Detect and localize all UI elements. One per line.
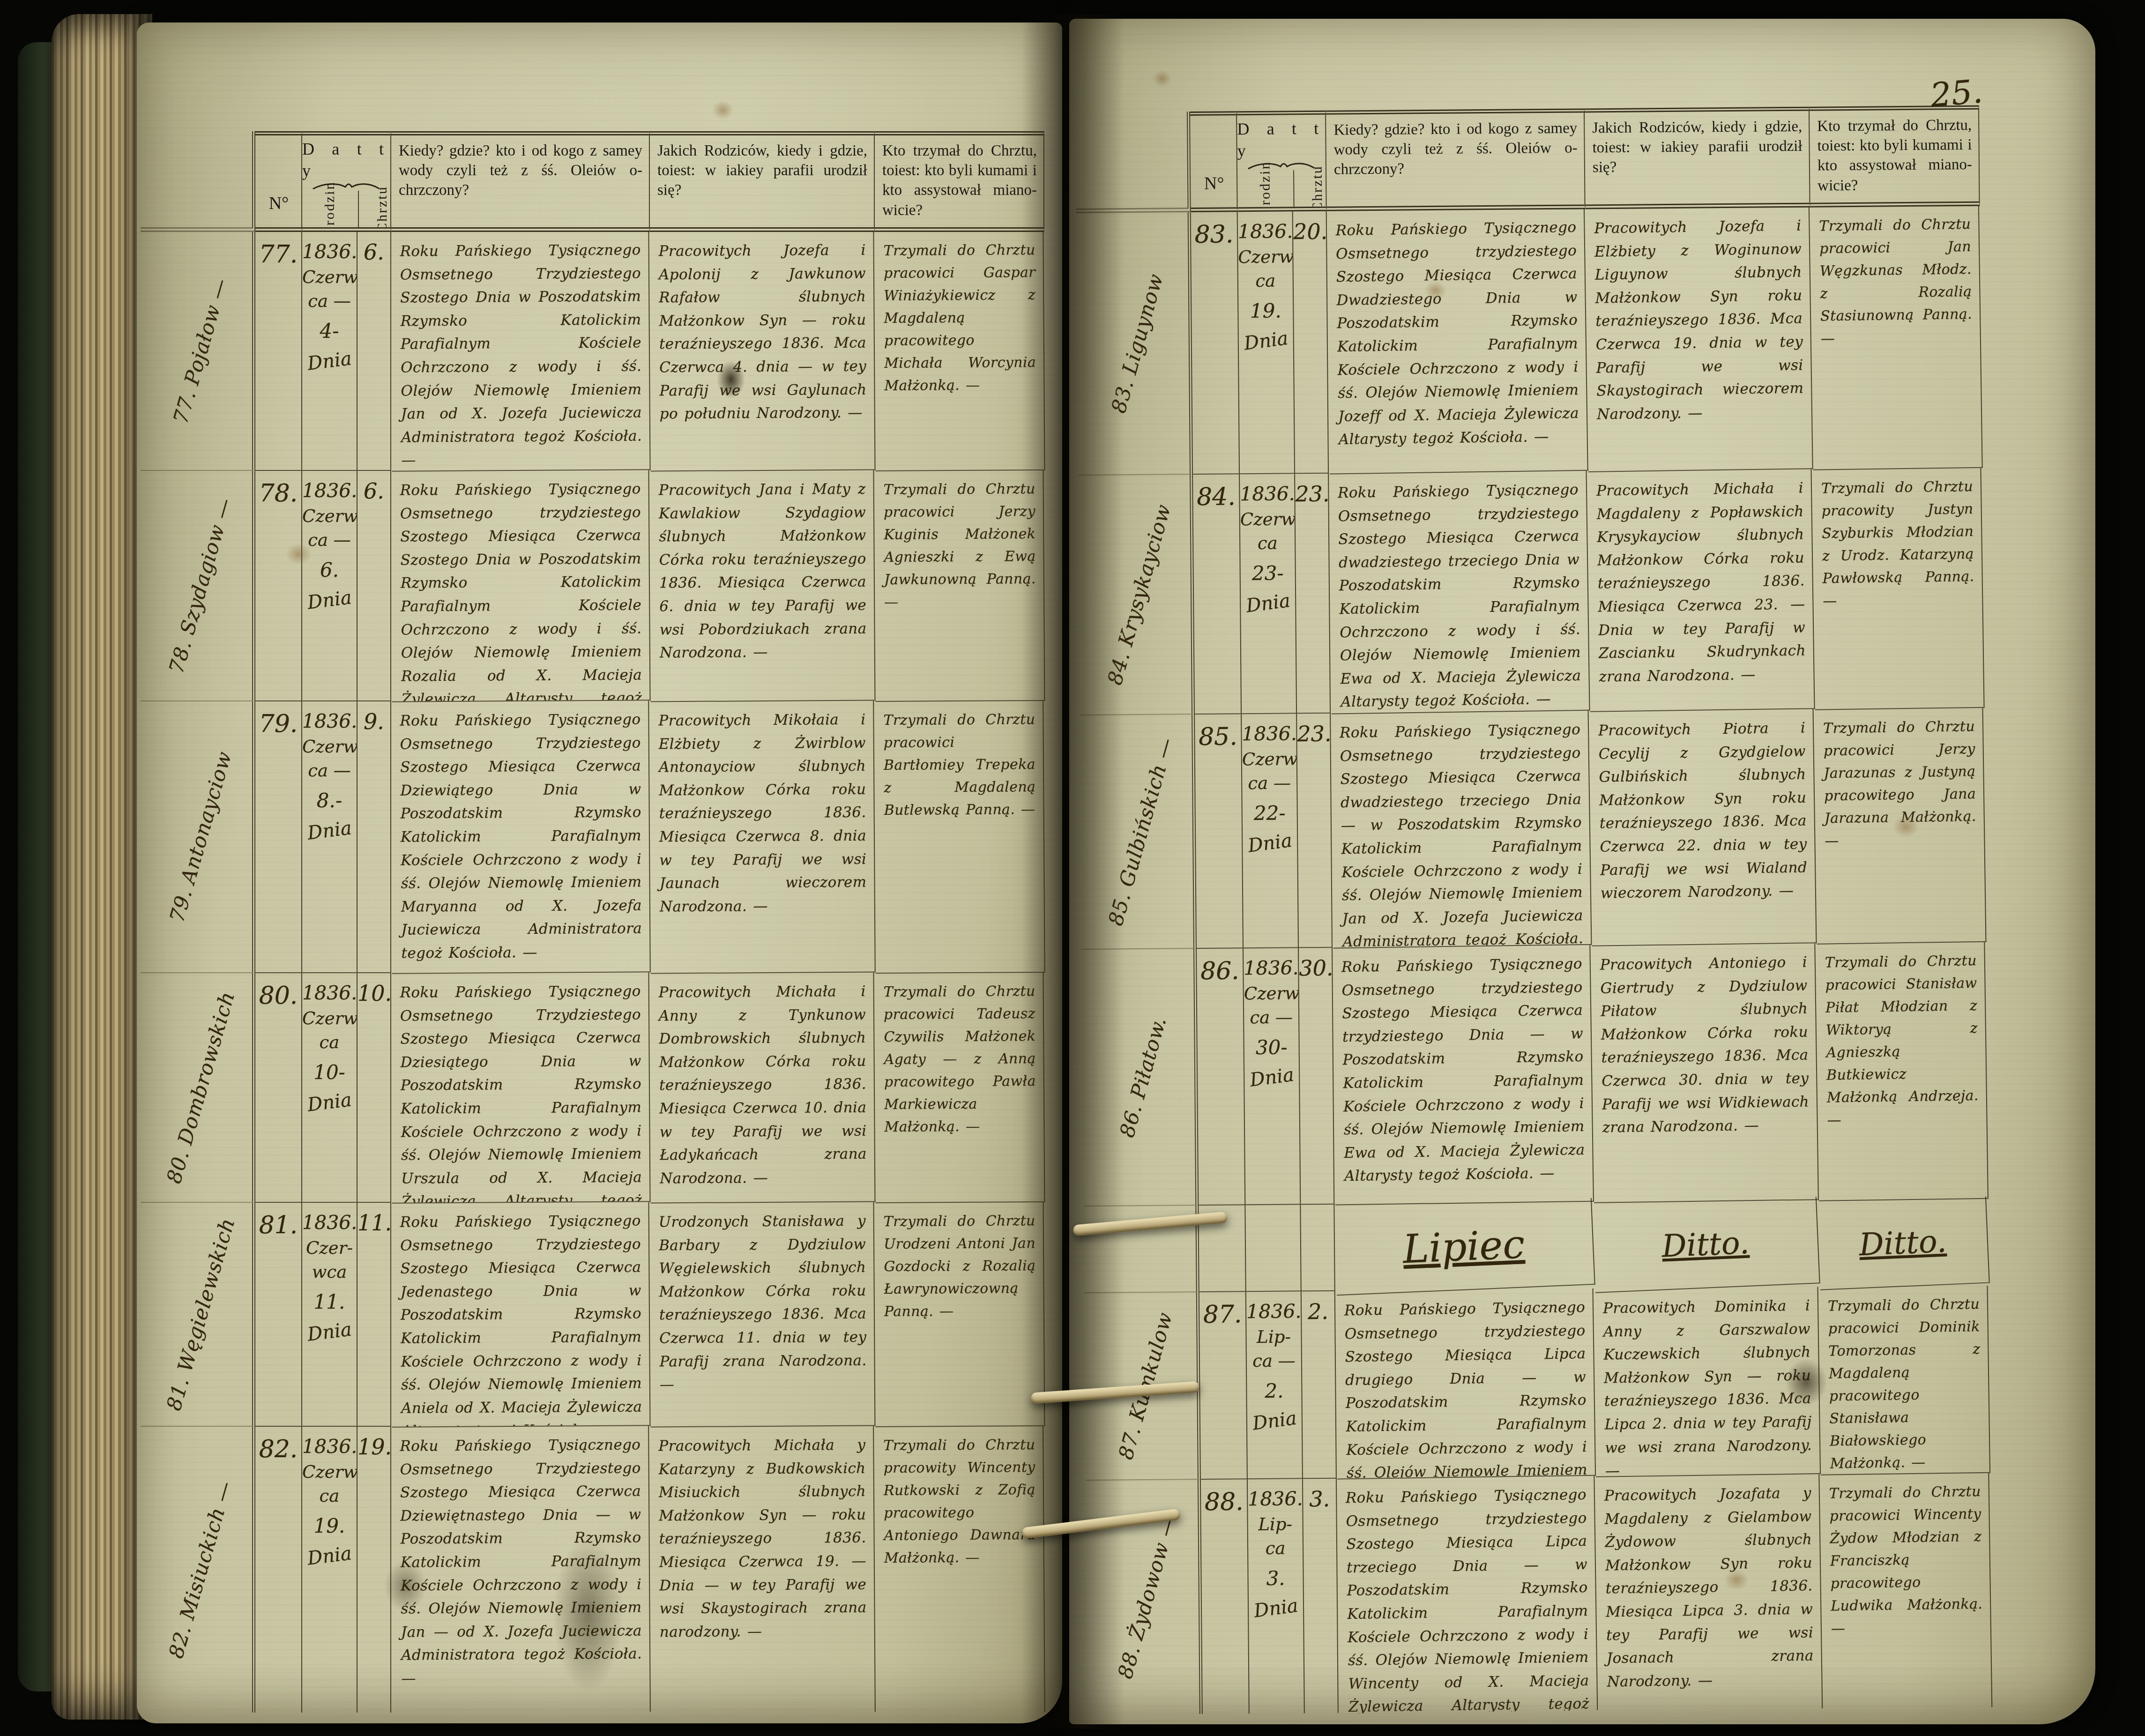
baptism-entry-text: Roku Pańskiego Tysiącznego Osmsetnego Tr…	[391, 972, 651, 1203]
column-header-chrztu: Chrztu	[373, 186, 391, 232]
foxing-spot	[286, 544, 312, 565]
parents-text: Pracowitych Jozefa i Apolonij z Jawkunow…	[649, 231, 875, 472]
godparents-text: Trzymali do Chrztu pracowici Tadeusz Czy…	[874, 973, 1045, 1203]
parents-text: Pracowitych Michała i Anny z Tynkunow Do…	[649, 973, 876, 1204]
column-header-when: Kiedy? gdzie? kto i od kogo z samey wody…	[1326, 108, 1586, 211]
parents-text: Pracowitych Antoniego i Giertrudy z Dydz…	[1590, 943, 1819, 1203]
ink-stain	[1785, 1359, 1827, 1406]
godparents-text: Trzymali do Chrztu pracowici Bartłomiey …	[874, 701, 1045, 974]
margin-note: 78. Szydagiow —	[141, 471, 255, 701]
birth-date: 1836. Czerw- ca — 22- Dnia	[1242, 714, 1299, 948]
section-month-label: Lipiec	[1333, 1198, 1595, 1296]
parents-text: Pracowitych Michała y Katarzyny z Budkow…	[649, 1426, 876, 1714]
birth-date: 1836. Czerw- ca 19. Dnia	[302, 1427, 357, 1713]
column-header-chrztu: Chrztu	[1309, 165, 1327, 212]
godparents-text: Trzymali do Chrztu pracowici Wincenty Ży…	[1819, 1473, 1992, 1710]
birth-date: 1836. Czerw- ca 10- Dnia	[302, 973, 357, 1203]
godparents-text: Trzymali do Chrztu pracowici Jerzy Kugin…	[874, 470, 1045, 702]
entry-number: 82.	[255, 1427, 302, 1713]
foxing-spot	[1153, 70, 1171, 87]
column-header-urodzin: Urodzin	[321, 181, 339, 232]
ink-stain	[717, 361, 745, 398]
column-header-urodzin: Urodzin	[1256, 161, 1274, 212]
godparents-text: Trzymali do Chrztu pracowici Jan Węgzkun…	[1810, 206, 1983, 470]
column-header-parents: Jakich Rodziców, kiedy i gdzie, toiest: …	[1585, 107, 1810, 209]
parents-text: Pracowitych Mikołaia i Elżbiety z Żwirbl…	[649, 701, 876, 974]
birth-date: 1836. Czerw- ca — 4- Dnia	[302, 232, 357, 471]
baptism-day: 23.	[1295, 474, 1331, 714]
godparents-text: Trzymali do Chrztu pracowici Stanisław P…	[1815, 942, 1989, 1201]
margin-gutter-header	[141, 131, 255, 232]
birth-date: 1836. Czerw- ca — 8.- Dnia	[302, 701, 357, 973]
column-header-when: Kiedy? gdzie? kto i od kogo z samey wody…	[391, 131, 650, 232]
column-header-datty: D a t t y Urodzin Chrztu	[1237, 111, 1327, 212]
entry-number: 77.	[255, 232, 302, 471]
column-header-godparents: Kto trzymał do Chrztu, toiest: kto byli …	[1810, 105, 1980, 208]
ink-stain	[384, 1560, 426, 1612]
section-ditto-parents: Ditto.	[1592, 1197, 1820, 1293]
section-ditto-godparents: Ditto.	[1817, 1197, 1990, 1290]
parents-text: Pracowitych Michała i Magdaleny z Popław…	[1587, 469, 1815, 712]
baptism-entry-text: Roku Pańskiego Tysiącznego Osmsetnego Tr…	[390, 231, 650, 471]
godparents-text: Trzymali do Chrztu pracowity Justyn Szyb…	[1811, 468, 1984, 710]
baptism-day: 23.	[1297, 714, 1333, 948]
entry-number: 86.	[1197, 948, 1245, 1206]
baptism-day: 10.	[357, 973, 391, 1203]
birth-date: 1836. Czerw- ca 23- Dnia	[1240, 474, 1297, 714]
margin-note: 86. Piłatow.	[1082, 949, 1199, 1207]
birth-date: 1836. Czerw- ca 19. Dnia	[1238, 211, 1295, 474]
section-empty-urodzin	[1245, 1205, 1301, 1292]
column-header-parents: Jakich Rodziców, kiedy i gdzie, toiest: …	[650, 131, 875, 232]
baptism-entry-text: Roku Pańskiego Tysiącznego Osmsetnego tr…	[1328, 471, 1590, 715]
left-register-table: N° D a t t y Urodzin Chrztu Kiedy? gdzie…	[141, 131, 1044, 1713]
column-header-datty: D a t t y Urodzin Chrztu	[302, 131, 391, 232]
column-header-no: N°	[1190, 111, 1238, 212]
godparents-text: Trzymali do Chrztu pracowity Wincenty Ru…	[874, 1426, 1045, 1713]
right-register-table: N° D a t t y Urodzin Chrztu Kiedy? gdzie…	[1075, 105, 1992, 1715]
baptism-day: 3.	[1303, 1479, 1339, 1714]
foxing-spot	[1893, 815, 1919, 838]
godparents-text: Trzymali do Chrztu Urodzeni Antoni Jan G…	[874, 1202, 1045, 1427]
entry-number: 88.	[1201, 1479, 1250, 1714]
entry-number: 78.	[255, 471, 302, 701]
margin-note: 80. Dombrowskich	[141, 973, 255, 1203]
birth-date: 1836. Czerw- ca — 30- Dnia	[1244, 948, 1301, 1205]
godparents-text: Trzymali do Chrztu pracowici Dominik Tom…	[1818, 1286, 1991, 1475]
birth-date: 1836. Czerw- ca — 6. Dnia	[302, 471, 357, 701]
baptism-entry-text: Roku Pańskiego Tysiącznego Osmsetnego tr…	[1326, 209, 1588, 475]
birth-date: 1836. Lip- ca 3. Dnia	[1248, 1479, 1305, 1714]
baptism-entry-text: Roku Pańskiego Tysiącznego Osmsetnego Tr…	[391, 1202, 651, 1427]
baptism-entry-text: Roku Pańskiego Tysiącznego Osmsetnego tr…	[1335, 1289, 1596, 1480]
foxing-spot	[1424, 281, 1447, 300]
baptism-day: 19.	[357, 1427, 391, 1713]
margin-note: 79. Antonayciow	[141, 701, 255, 973]
baptism-entry-text: Roku Pańskiego Tysiącznego Osmsetnego tr…	[1336, 1476, 1598, 1714]
parents-text: Pracowitych Jana i Maty z Kawlakiow Szyd…	[649, 470, 876, 702]
margin-note: 84. Krysykayciow	[1078, 475, 1195, 715]
margin-note: 81. Węgielewskich	[141, 1203, 255, 1427]
entry-number: 85.	[1195, 714, 1244, 949]
godparents-text: Trzymali do Chrztu pracowici Gaspar Wini…	[874, 231, 1045, 471]
baptism-entry-text: Roku Pańskiego Tysiącznego Osmsetnego tr…	[391, 470, 651, 702]
baptism-day: 9.	[357, 701, 391, 973]
column-header-godparents: Kto trzymał do Chrztu, toiest: kto byli …	[875, 131, 1044, 232]
entry-number: 83.	[1191, 212, 1240, 475]
birth-date: 1836. Czer- wca 11. Dnia	[302, 1203, 357, 1427]
foxing-spot	[1724, 1570, 1749, 1590]
baptism-day: 20.	[1293, 211, 1329, 474]
birth-date: 1836. Lip- ca — 2. Dnia	[1246, 1291, 1303, 1479]
margin-note: 83. Liguynow	[1076, 212, 1193, 476]
baptism-day: 6.	[357, 471, 391, 701]
margin-note: 82. Misiuckich —	[141, 1427, 255, 1713]
baptism-day: 11.	[357, 1203, 391, 1427]
foxing-spot	[712, 101, 733, 119]
parents-text: Pracowitych Jozefa i Elżbiety z Woginuno…	[1585, 207, 1813, 472]
parents-text: Pracowitych Jozafata y Magdaleny z Giela…	[1594, 1474, 1823, 1712]
baptism-entry-text: Roku Pańskiego Tysiącznego Osmsetnego tr…	[1330, 711, 1592, 949]
parents-text: Pracowitych Piotra i Cecylij z Gzydgielo…	[1589, 709, 1817, 946]
entry-number: 87.	[1199, 1292, 1248, 1480]
baptism-day: 6.	[357, 232, 391, 471]
datty-label: D a t t y	[1237, 118, 1326, 162]
column-header-no: N°	[255, 131, 302, 232]
margin-note: 85. Gulbińskich —	[1080, 715, 1197, 950]
datty-label: D a t t y	[302, 138, 390, 181]
parents-text: Urodzonych Stanisława y Barbary z Dydziu…	[649, 1202, 876, 1428]
margin-note: 77. Pojałow —	[141, 232, 255, 471]
baptism-day: 2.	[1302, 1291, 1337, 1479]
baptism-day: 30.	[1299, 948, 1334, 1205]
entry-number: 79.	[255, 701, 302, 973]
baptism-entry-text: Roku Pańskiego Tysiącznego Osmsetnego tr…	[1332, 945, 1594, 1206]
entry-number: 80.	[255, 973, 302, 1203]
entry-number: 84.	[1193, 474, 1242, 715]
margin-gutter-header	[1075, 112, 1191, 213]
ink-stain	[553, 1537, 623, 1691]
entry-number: 81.	[255, 1203, 302, 1427]
baptism-entry-text: Roku Pańskiego Tysiącznego Osmsetnego Tr…	[390, 700, 651, 974]
section-empty-chrztu	[1301, 1205, 1335, 1292]
